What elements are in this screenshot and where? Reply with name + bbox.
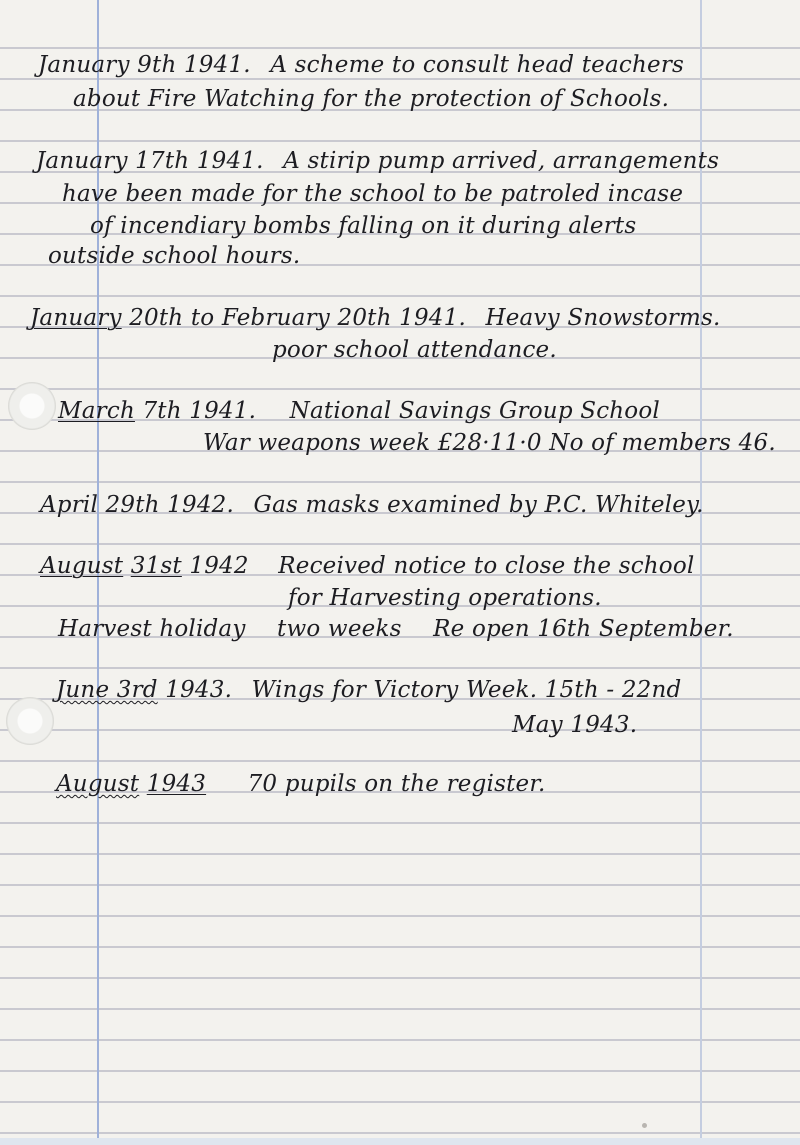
entry-date-day: 31st [131,553,182,579]
entry-date-year: 1943 [147,771,206,797]
entry-text: two weeks [277,616,402,642]
entry-text: National Savings Group School [290,398,660,424]
entry-4-line-1: March 7th 1941. National Savings Group S… [58,398,660,424]
entry-2-line-3: of incendiary bombs falling on it during… [90,213,636,239]
entry-date-year: 1942 [189,553,248,579]
entry-6-line-1: August 31st 1942 Received notice to clos… [40,553,694,579]
entry-text: A stirip pump arrived, arrangements [283,148,719,174]
entry-date: January 17th 1941. [36,148,264,174]
entry-text: Received notice to close the school [278,553,694,579]
entry-text: about Fire Watching for the protection o… [73,86,669,112]
entry-text: May 1943. [512,712,637,738]
entry-text: have been made for the school to be patr… [62,181,683,207]
entry-date-end: February 20th 1941. [222,305,466,331]
entry-date: April 29th 1942. [40,492,234,518]
entry-text: for Harvesting operations. [288,585,602,611]
entry-5-line-1: April 29th 1942. Gas masks examined by P… [40,492,704,518]
entry-date-month: March [58,398,135,424]
entry-text: Wings for Victory Week. 15th - 22nd [252,677,682,703]
page-bottom-edge [0,1138,800,1145]
entry-7-line-2: May 1943. [512,712,637,738]
entry-date-month: August [40,553,123,579]
entry-2-line-2: have been made for the school to be patr… [62,181,683,207]
entry-text: of incendiary bombs falling on it during… [90,213,636,239]
entry-date-month-day: June 3rd [56,677,158,703]
entry-date-rest: 20th to [129,305,214,331]
entry-text: War weapons week £28·11·0 No of members … [203,430,776,456]
entry-date-rest: 7th 1941. [142,398,256,424]
entry-sub-label: Harvest holiday [58,616,246,642]
entry-2-line-4: outside school hours. [48,243,300,269]
entry-text: Heavy Snowstorms. [485,305,720,331]
entry-4-line-2: War weapons week £28·11·0 No of members … [203,430,776,456]
punch-hole-reinforcement-icon [6,697,54,745]
paper-mark [642,1123,647,1128]
entry-text: Gas masks examined by P.C. Whiteley. [254,492,704,518]
entry-date-month: January [30,305,122,331]
entry-text: 70 pupils on the register. [248,771,546,797]
entry-date-month: August [56,771,139,797]
punch-hole-reinforcement-icon [8,382,56,430]
entry-3-line-1: January 20th to February 20th 1941. Heav… [30,305,720,331]
entry-3-line-2: poor school attendance. [272,337,557,363]
entry-date: January 9th 1941. [38,52,251,78]
entry-date-year: 1943. [165,677,232,703]
entry-1-line-1: January 9th 1941. A scheme to consult he… [38,52,684,78]
entry-1-line-2: about Fire Watching for the protection o… [73,86,669,112]
entry-text: outside school hours. [48,243,300,269]
entry-6-line-3: Harvest holiday two weeks Re open 16th S… [58,616,734,642]
entry-7-line-1: June 3rd 1943. Wings for Victory Week. 1… [56,677,681,703]
entry-text: A scheme to consult head teachers [270,52,684,78]
entry-text: Re open 16th September. [433,616,734,642]
entry-8-line-1: August 1943 70 pupils on the register. [56,771,546,797]
entry-2-line-1: January 17th 1941. A stirip pump arrived… [36,148,719,174]
entry-6-line-2: for Harvesting operations. [288,585,602,611]
entry-text: poor school attendance. [272,337,557,363]
